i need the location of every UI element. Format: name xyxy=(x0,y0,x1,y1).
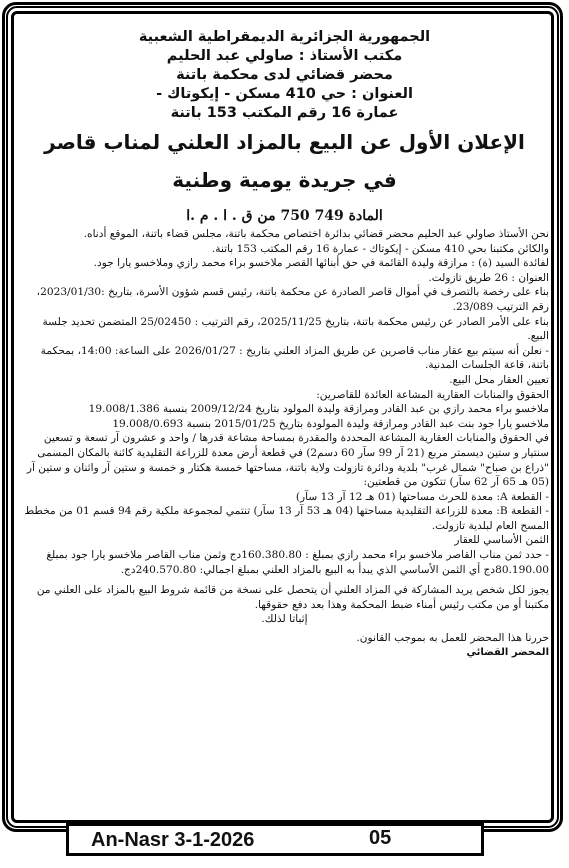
paragraph-beneficiary: لفائدة السيد (ة) : مرازقة وليدة القائمة … xyxy=(20,256,549,271)
notice-body: نحن الأستاذ صاولي عبد الحليم محضر قضائي … xyxy=(20,227,549,660)
signature: المحضر القضائي xyxy=(20,646,549,661)
paragraph-intro: نحن الأستاذ صاولي عبد الحليم محضر قضائي … xyxy=(20,227,549,242)
paragraph-beneficiary-address: العنوان : 26 طريق تازولت. xyxy=(20,271,549,286)
paragraph-license: بناء على رخصة بالتصرف في أموال قاصر الصا… xyxy=(20,285,549,314)
paragraph-property-heading: تعيين العقار محل البيع. xyxy=(20,373,549,388)
paragraph-price: - حدد ثمن مناب القاصر ملاخسو براء محمد ر… xyxy=(20,548,549,577)
notice-title: الإعلان الأول عن البيع بالمزاد العلني لم… xyxy=(20,129,549,155)
paragraph-participation: يجوز لكل شخص يريد المشاركة في المزاد الع… xyxy=(20,583,549,612)
paragraph-minor-2: ملاخسو يارا جود بنت عبد القادر ومرازقة و… xyxy=(20,417,549,432)
header-line-address: العنوان : حي 410 مسكن - إيكوتاك - xyxy=(20,85,549,104)
header-line-bailiff: محضر قضائي لدى محكمة باتنة xyxy=(20,66,549,85)
header-line-building: عمارة 16 رقم المكتب 153 باتنة xyxy=(20,104,549,123)
paragraph-office-address: والكائن مكتبنا بحي 410 مسكن - إيكوتاك - … xyxy=(20,242,549,257)
closing-statement: حررنا هذا المحضر للعمل به بموجب القانون. xyxy=(20,631,549,646)
paragraph-price-heading: الثمن الأساسي للعقار xyxy=(20,533,549,548)
paragraph-plot-a: - القطعة A: معدة للحرث مساحتها (01 هـ 12… xyxy=(20,490,549,505)
newspaper-footer: An-Nasr 3-1-2026 05 xyxy=(66,823,484,856)
header-line-office: مكتب الأستاذ : صاولي عبد الحليم xyxy=(20,47,549,66)
paragraph-order: بناء على الأمر الصادر عن رئيس محكمة باتن… xyxy=(20,315,549,344)
paragraph-plot-b: - القطعة B: معدة للزراعة التقليدية مساحت… xyxy=(20,504,549,533)
office-header: الجمهورية الجزائرية الديمقراطية الشعبية … xyxy=(20,28,549,123)
article-reference: المادة 749 750 من ق . ا . م .ا xyxy=(20,207,549,225)
newspaper-date: An-Nasr 3-1-2026 xyxy=(91,829,254,852)
notice-content: الجمهورية الجزائرية الديمقراطية الشعبية … xyxy=(20,28,549,660)
header-line-republic: الجمهورية الجزائرية الديمقراطية الشعبية xyxy=(20,28,549,47)
paragraph-sale-date: - نعلن أنه سيتم بيع عقار مناب قاصرين عن … xyxy=(20,344,549,373)
page-number: 05 xyxy=(369,827,391,850)
notice-subtitle: في جريدة يومية وطنية xyxy=(20,167,549,193)
closing-affirmation: إثباتا لذلك. xyxy=(20,612,549,627)
paragraph-rights-heading: الحقوق والمنابات العقارية المشاعة العائد… xyxy=(20,388,549,403)
paragraph-minor-1: ملاخسو براء محمد رازي بن عبد القادر ومرا… xyxy=(20,402,549,417)
paragraph-property-description: في الحقوق والمنابات العقارية المشاعة الم… xyxy=(20,431,549,489)
